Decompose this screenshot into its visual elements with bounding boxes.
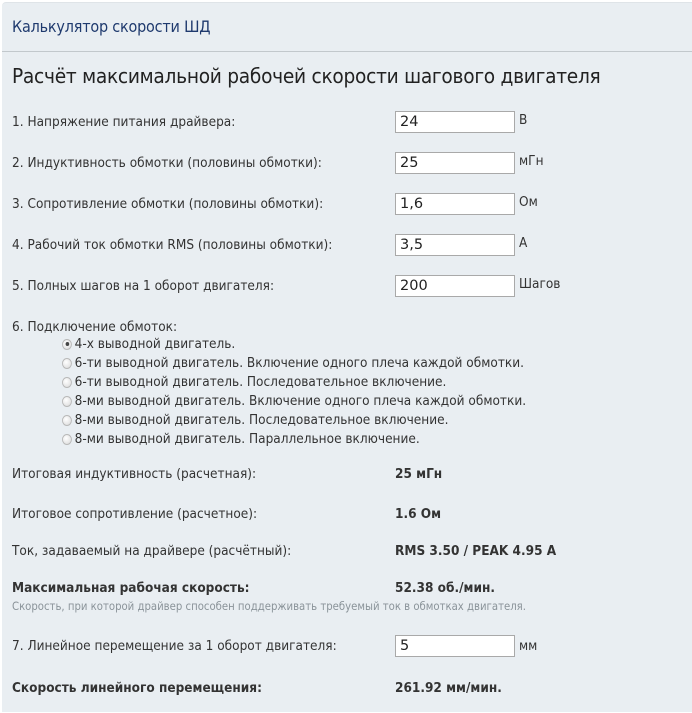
total-resistance-value: 1.6 Ом <box>395 506 441 522</box>
page-title: Расчёт максимальной рабочей скорости шаг… <box>12 64 600 88</box>
resistance-label: 3. Сопротивление обмотки (половины обмот… <box>12 196 323 212</box>
max-speed-label: Максимальная рабочая скорость: <box>12 580 250 596</box>
radio-unchecked-icon[interactable] <box>62 434 72 445</box>
linear-travel-label: 7. Линейное перемещение за 1 оборот двиг… <box>12 638 337 654</box>
max-speed-note: Скорость, при которой драйвер способен п… <box>12 599 526 613</box>
linear-travel-input[interactable] <box>395 635 515 657</box>
panel-header-title: Калькулятор скорости ШД <box>12 17 210 36</box>
linear-speed-value: 261.92 мм/мин. <box>395 680 502 696</box>
wiring-option-6-wire-series[interactable]: 6-ти выводной двигатель. Последовательно… <box>62 374 446 390</box>
total-inductance-label: Итоговая индуктивность (расчетная): <box>12 466 256 482</box>
wiring-option-8-wire-half[interactable]: 8-ми выводной двигатель. Включение одног… <box>62 393 526 409</box>
header-divider <box>2 51 692 52</box>
radio-unchecked-icon[interactable] <box>62 358 72 369</box>
resistance-unit: Ом <box>519 194 538 210</box>
radio-unchecked-icon[interactable] <box>62 377 72 388</box>
linear-speed-label: Скорость линейного перемещения: <box>12 680 262 696</box>
resistance-input[interactable] <box>395 193 515 215</box>
current-unit: А <box>519 235 527 251</box>
steps-input[interactable] <box>395 275 515 297</box>
supply-voltage-input[interactable] <box>395 111 515 133</box>
supply-voltage-label: 1. Напряжение питания драйвера: <box>12 114 235 130</box>
radio-unchecked-icon[interactable] <box>62 415 72 426</box>
total-inductance-value: 25 мГн <box>395 466 442 482</box>
driver-current-value: RMS 3.50 / PEAK 4.95 A <box>395 543 556 559</box>
radio-checked-icon[interactable] <box>62 339 72 350</box>
steps-label: 5. Полных шагов на 1 оборот двигателя: <box>12 278 274 294</box>
radio-unchecked-icon[interactable] <box>62 396 72 407</box>
wiring-label: 6. Подключение обмоток: <box>12 319 177 335</box>
inductance-unit: мГн <box>519 153 544 169</box>
steps-unit: Шагов <box>519 276 560 292</box>
supply-voltage-unit: В <box>519 112 527 128</box>
wiring-option-4-wire[interactable]: 4-х выводной двигатель. <box>62 336 235 352</box>
inductance-label: 2. Индуктивность обмотки (половины обмот… <box>12 155 322 171</box>
inductance-input[interactable] <box>395 152 515 174</box>
current-input[interactable] <box>395 234 515 256</box>
max-speed-value: 52.38 об./мин. <box>395 580 495 596</box>
wiring-option-8-wire-series[interactable]: 8-ми выводной двигатель. Последовательно… <box>62 412 448 428</box>
current-label: 4. Рабочий ток обмотки RMS (половины обм… <box>12 237 332 253</box>
wiring-option-8-wire-parallel[interactable]: 8-ми выводной двигатель. Параллельное вк… <box>62 431 420 447</box>
total-resistance-label: Итоговое сопротивление (расчетное): <box>12 506 257 522</box>
wiring-option-6-wire-half[interactable]: 6-ти выводной двигатель. Включение одног… <box>62 355 524 371</box>
driver-current-label: Ток, задаваемый на драйвере (расчётный): <box>12 543 291 559</box>
linear-travel-unit: мм <box>519 638 537 654</box>
